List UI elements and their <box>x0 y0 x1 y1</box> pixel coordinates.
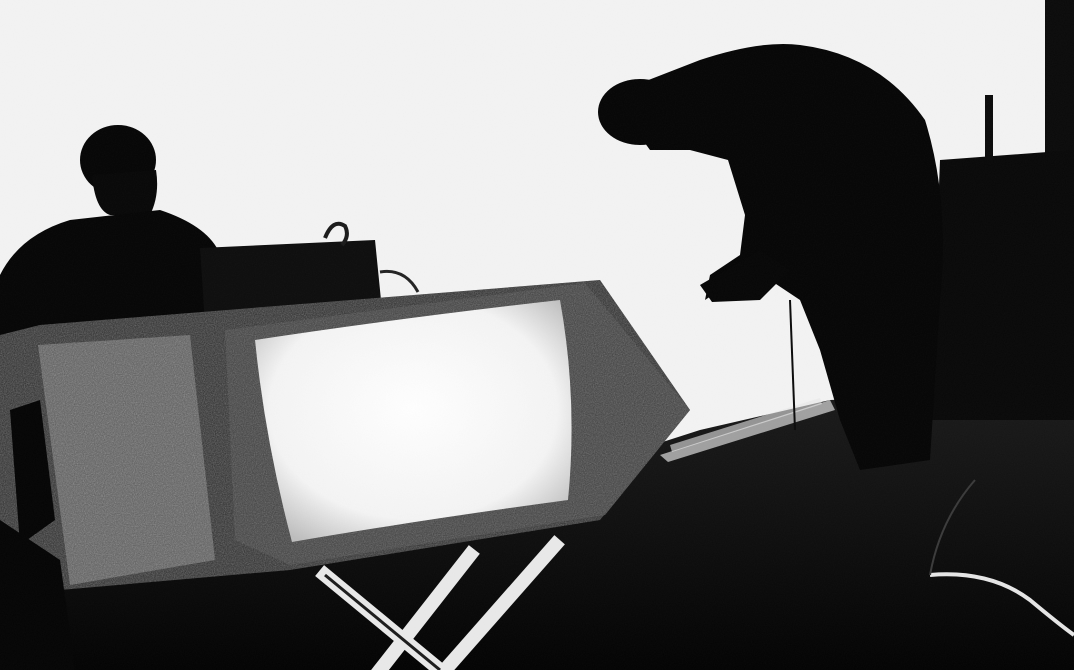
photo-scene <box>0 0 1074 670</box>
concert-photo: High-contrast black-and-white photograph… <box>0 0 1074 670</box>
